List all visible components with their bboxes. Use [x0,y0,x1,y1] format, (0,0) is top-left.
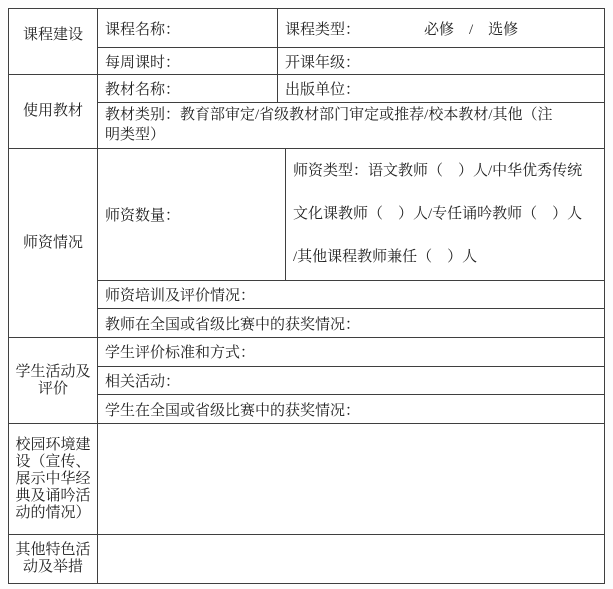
teacher-awards-label: 教师在全国或省级比赛中的获奖情况： [105,313,360,334]
section-label-text: 师资情况 [23,235,83,252]
field-material-name[interactable]: 教材名称： [98,75,278,102]
section-label-text: 课程建设 [23,27,83,44]
row-teacher-training: 师资培训及评价情况： [98,280,604,308]
teacher-quantity-label: 师资数量： [105,204,180,225]
material-category-line1: 教材类别：教育部审定/省级教材部门审定或推荐/校本教材/其他（注 [105,105,553,125]
field-student-awards[interactable]: 学生在全国或省级比赛中的获奖情况： [98,395,604,423]
row-course-name-type: 课程名称： 课程类型： 必修 / 选修 [98,9,604,47]
related-activities-label: 相关活动： [105,370,180,391]
row-hours-grade: 每周课时： 开课年级： [98,47,604,74]
teacher-types-line1: 师资类型：语文教师（ ）人/中华优秀传统 [293,150,582,193]
section-label-line1: 学生活动及 [15,364,90,381]
section-label-line3: 展示中华经 [15,471,90,488]
row-label-course-construction: 课程建设 [9,9,98,74]
row-student-awards: 学生在全国或省级比赛中的获奖情况： [98,394,604,423]
section-label-line1: 校园环境建 [15,437,90,454]
section-teacher-situation: 师资情况 师资数量： 师资类型：语文教师（ ）人/中华优秀传统 文化课教师（ ）… [9,148,604,337]
field-publisher[interactable]: 出版单位： [278,75,604,102]
course-type-label: 课程类型： [285,18,360,39]
section-label-line2: 评价 [38,381,68,398]
section-label-line2: 设（宣传、 [15,454,90,471]
section-teaching-materials: 使用教材 教材名称： 出版单位： 教材类别：教育部审定/省级教材部门审定或推荐/… [9,74,604,148]
section-course-construction: 课程建设 课程名称： 课程类型： 必修 / 选修 每周课时： 开课年级： [9,9,604,74]
section-label-line2: 动及举措 [23,559,83,576]
field-weekly-hours[interactable]: 每周课时： [98,48,278,74]
field-material-category[interactable]: 教材类别：教育部审定/省级教材部门审定或推荐/校本教材/其他（注 明类型） [98,103,604,148]
section-campus-environment: 校园环境建 设（宣传、 展示中华经 典及诵吟活 动的情况） [9,423,604,534]
teacher-types-line3: /其他课程教师兼任（ ）人 [293,236,477,279]
section-other-activities: 其他特色活 动及举措 [9,534,604,583]
field-teacher-training[interactable]: 师资培训及评价情况： [98,281,604,308]
row-related-activities: 相关活动： [98,366,604,395]
course-type-options: 必修 / 选修 [424,18,518,39]
section-label-text: 使用教材 [23,103,83,120]
row-material-name-publisher: 教材名称： 出版单位： [98,75,604,102]
field-course-type[interactable]: 课程类型： 必修 / 选修 [278,9,604,47]
section-student-activities: 学生活动及 评价 学生评价标准和方式： 相关活动： 学生在全国或省级比赛中的获奖… [9,337,604,423]
row-teacher-awards: 教师在全国或省级比赛中的获奖情况： [98,308,604,337]
field-teacher-types[interactable]: 师资类型：语文教师（ ）人/中华优秀传统 文化课教师（ ）人/专任诵吟教师（ ）… [286,149,604,280]
row-label-campus-environment: 校园环境建 设（宣传、 展示中华经 典及诵吟活 动的情况） [9,424,98,534]
field-campus-environment[interactable] [98,424,604,534]
row-label-student-activities: 学生活动及 评价 [9,338,98,423]
start-grade-label: 开课年级： [285,51,360,72]
field-teacher-awards[interactable]: 教师在全国或省级比赛中的获奖情况： [98,309,604,337]
student-awards-label: 学生在全国或省级比赛中的获奖情况： [105,399,360,420]
field-student-evaluation[interactable]: 学生评价标准和方式： [98,338,604,366]
teacher-types-line2: 文化课教师（ ）人/专任诵吟教师（ ）人 [293,193,582,236]
publisher-label: 出版单位： [285,78,360,99]
row-label-teacher-situation: 师资情况 [9,149,98,337]
row-teacher-quantity-type: 师资数量： 师资类型：语文教师（ ）人/中华优秀传统 文化课教师（ ）人/专任诵… [98,149,604,280]
application-form-table: 课程建设 课程名称： 课程类型： 必修 / 选修 每周课时： 开课年级： [8,8,605,584]
section-label-line4: 典及诵吟活 [15,488,90,505]
course-name-label: 课程名称： [105,18,180,39]
row-student-evaluation: 学生评价标准和方式： [98,338,604,366]
teacher-training-label: 师资培训及评价情况： [105,284,255,305]
student-evaluation-label: 学生评价标准和方式： [105,341,255,362]
material-category-line2: 明类型） [105,125,165,145]
material-name-label: 教材名称： [105,78,180,99]
field-other-activities[interactable] [98,535,604,583]
row-material-category: 教材类别：教育部审定/省级教材部门审定或推荐/校本教材/其他（注 明类型） [98,102,604,148]
section-label-line5: 动的情况） [15,505,90,522]
field-start-grade[interactable]: 开课年级： [278,48,604,74]
weekly-hours-label: 每周课时： [105,51,180,72]
row-label-teaching-materials: 使用教材 [9,75,98,148]
row-label-other-activities: 其他特色活 动及举措 [9,535,98,583]
section-label-line1: 其他特色活 [15,542,90,559]
field-course-name[interactable]: 课程名称： [98,9,278,47]
field-teacher-quantity[interactable]: 师资数量： [98,149,286,280]
field-related-activities[interactable]: 相关活动： [98,367,604,395]
